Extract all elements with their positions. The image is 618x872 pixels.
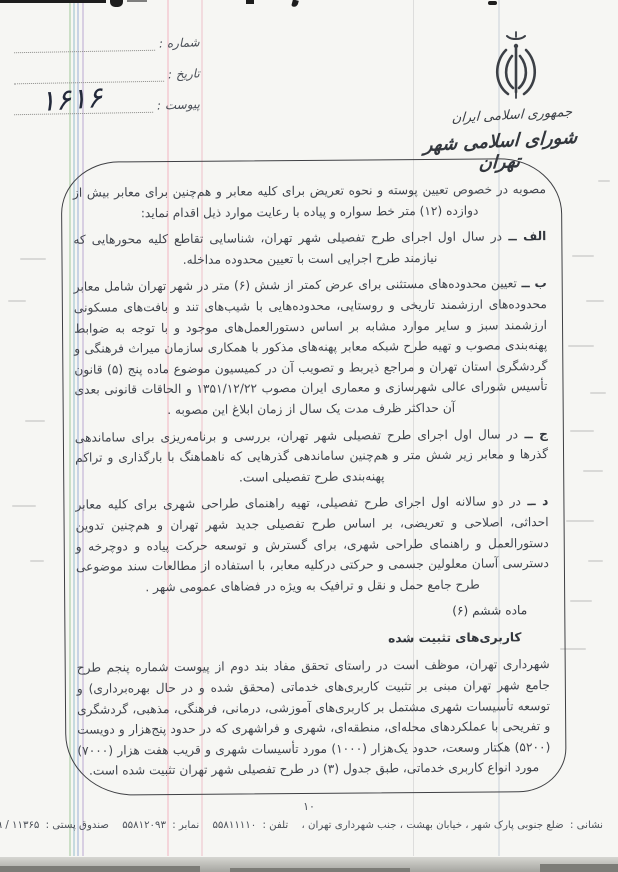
paragraph-lead: الف ــ [502,229,546,243]
paragraph-lead: ج ــ [518,427,548,441]
document-body: مصوبه در خصوص تعیین پوسته و نحوه تعریض ب… [73,179,551,788]
footer-telephone: تلفن : ۵۵۸۱۱۱۱۰ [209,820,288,831]
footer-pobox-label: صندوق پستی : [46,820,109,831]
paragraph-lead: ب ــ [517,276,547,290]
footer-pobox: صندوق پستی : ۱۱۳۶۵ / ۴۳۸۹ [0,820,109,831]
document-paragraph: د ــ در دو سالانه اول اجرای طرح تفصیلی، … [75,491,549,598]
footer-fax: نمابر : ۵۵۸۱۲۰۹۳ [119,820,199,831]
document-paragraph: مصوبه در خصوص تعیین پوسته و نحوه تعریض ب… [73,179,546,224]
document-paragraph: الف ــ در سال اول اجرای طرح تفصیلی شهر ت… [73,226,546,271]
footer-fax-value: ۵۵۸۱۲۰۹۳ [122,820,166,831]
document-scan-area: مصوبه در خصوص تعیین پوسته و نحوه تعریض ب… [0,0,618,872]
page-number: ۱۰ [0,800,618,813]
paragraph-lead: د ــ [521,494,549,508]
footer-address-line: نشانی : ضلع جنوبی پارک شهر ، خیابان بهشت… [10,820,608,831]
footer-address-value: ضلع جنوبی پارک شهر ، خیابان بهشت ، جنب ش… [302,820,564,831]
document-paragraph: ج ــ در سال اول اجرای طرح تفصیلی شهر تهر… [75,424,548,489]
footer-tel-value: ۵۵۸۱۱۱۱۰ [212,820,256,831]
scanned-document-page: { "page": { "page_number": "۱۰" }, "head… [0,0,618,872]
footer-address: نشانی : ضلع جنوبی پارک شهر ، خیابان بهشت… [298,820,603,831]
document-heading: کاربری‌های تثبیت شده [76,627,521,651]
document-heading: ماده ششم (۶) [76,601,527,625]
footer-tel-label: تلفن : [262,820,288,831]
footer-address-label: نشانی : [570,820,603,831]
footer-pobox-value: ۱۱۳۶۵ / ۴۳۸۹ [0,820,39,831]
document-paragraph: ب ــ تعیین محدوده‌های مستثنی برای عرض کم… [74,273,548,421]
footer-fax-label: نمابر : [172,820,199,831]
document-paragraph: شهرداری تهران، موظف است در راستای تحقق م… [77,655,551,782]
scan-bottom-edge [0,857,618,872]
